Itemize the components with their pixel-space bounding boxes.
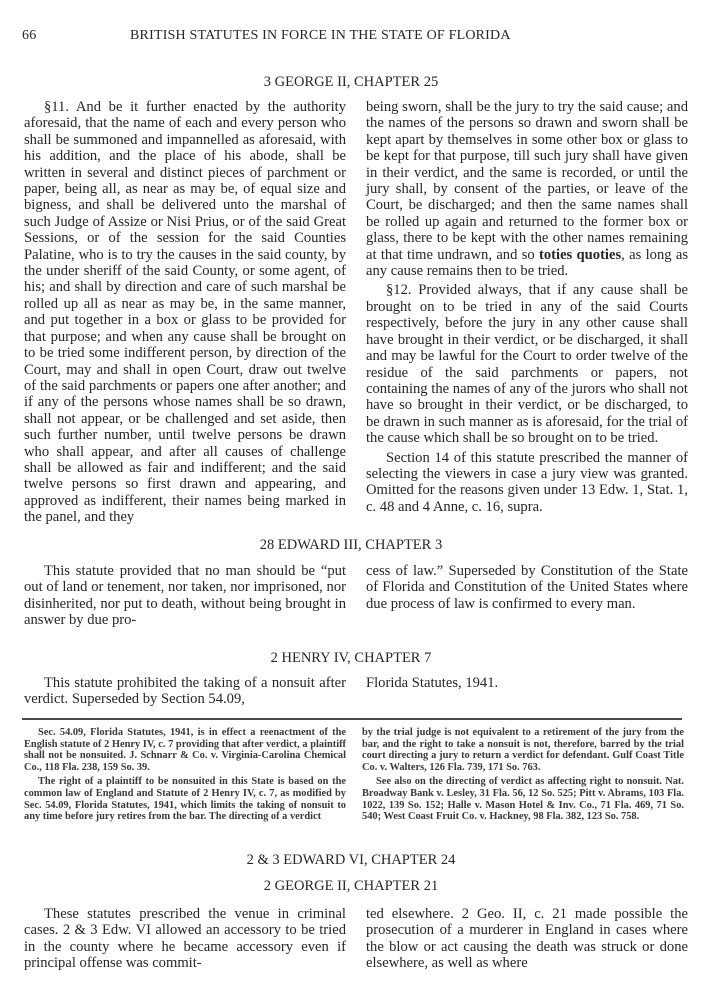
paragraph: This statute provided that no man should… — [24, 563, 346, 629]
paragraph-section-12: §12. Provided always, that if any cause … — [366, 282, 688, 446]
section-3-george-ii-25-body: §11. And be it further enacted by the au… — [24, 99, 688, 526]
right-column: Florida Statutes, 1941. — [366, 675, 688, 708]
section-28-edward-iii-3-body: This statute provided that no man should… — [24, 563, 688, 629]
chapter-heading-3-george-ii-25: 3 GEORGE II, CHAPTER 25 — [0, 74, 702, 91]
right-column: ted elsewhere. 2 Geo. II, c. 21 made pos… — [366, 906, 688, 972]
paragraph-continued: ted elsewhere. 2 Geo. II, c. 21 made pos… — [366, 906, 688, 972]
paragraph-section-11-continued: being sworn, shall be the jury to try th… — [366, 99, 688, 279]
chapter-heading-2-3-edward-vi-24: 2 & 3 EDWARD VI, CHAPTER 24 — [0, 852, 702, 869]
footnotes-right-column: by the trial judge is not equivalent to … — [362, 727, 684, 823]
running-head: 66 BRITISH STATUTES IN FORCE IN THE STAT… — [22, 28, 680, 48]
paragraph: This statute prohibited the taking of a … — [24, 675, 346, 708]
chapter-heading-2-henry-iv-7: 2 HENRY IV, CHAPTER 7 — [0, 650, 702, 667]
footnote-divider — [22, 718, 682, 720]
footnote: The right of a plaintiff to be nonsuited… — [24, 776, 346, 822]
footnotes: Sec. 54.09, Florida Statutes, 1941, is i… — [24, 727, 684, 823]
paragraph-continued: Florida Statutes, 1941. — [366, 675, 688, 691]
footnote-continued: by the trial judge is not equivalent to … — [362, 727, 684, 773]
footnote: See also on the directing of verdict as … — [362, 776, 684, 822]
right-column: cess of law.” Superseded by Constitution… — [366, 563, 688, 629]
section-2-henry-iv-7-body: This statute prohibited the taking of a … — [24, 675, 688, 708]
left-column: §11. And be it further enacted by the au… — [24, 99, 346, 526]
left-column: These statutes prescribed the venue in c… — [24, 906, 346, 972]
chapter-heading-2-george-ii-21: 2 GEORGE II, CHAPTER 21 — [0, 878, 702, 895]
paragraph-continued: cess of law.” Superseded by Constitution… — [366, 563, 688, 612]
paragraph-section-11: §11. And be it further enacted by the au… — [24, 99, 346, 526]
running-title: BRITISH STATUTES IN FORCE IN THE STATE O… — [130, 28, 511, 44]
section-venue-statutes-body: These statutes prescribed the venue in c… — [24, 906, 688, 972]
chapter-heading-28-edward-iii-3: 28 EDWARD III, CHAPTER 3 — [0, 537, 702, 554]
footnote: Sec. 54.09, Florida Statutes, 1941, is i… — [24, 727, 346, 773]
paragraph-section-14-note: Section 14 of this statute prescribed th… — [366, 450, 688, 516]
latin-phrase: toties quoties — [539, 247, 621, 263]
page-number: 66 — [22, 28, 36, 44]
footnotes-left-column: Sec. 54.09, Florida Statutes, 1941, is i… — [24, 727, 346, 823]
left-column: This statute prohibited the taking of a … — [24, 675, 346, 708]
text-run: being sworn, shall be the jury to try th… — [366, 99, 688, 263]
document-page: 66 BRITISH STATUTES IN FORCE IN THE STAT… — [0, 0, 702, 1002]
left-column: This statute provided that no man should… — [24, 563, 346, 629]
right-column: being sworn, shall be the jury to try th… — [366, 99, 688, 526]
paragraph: These statutes prescribed the venue in c… — [24, 906, 346, 972]
